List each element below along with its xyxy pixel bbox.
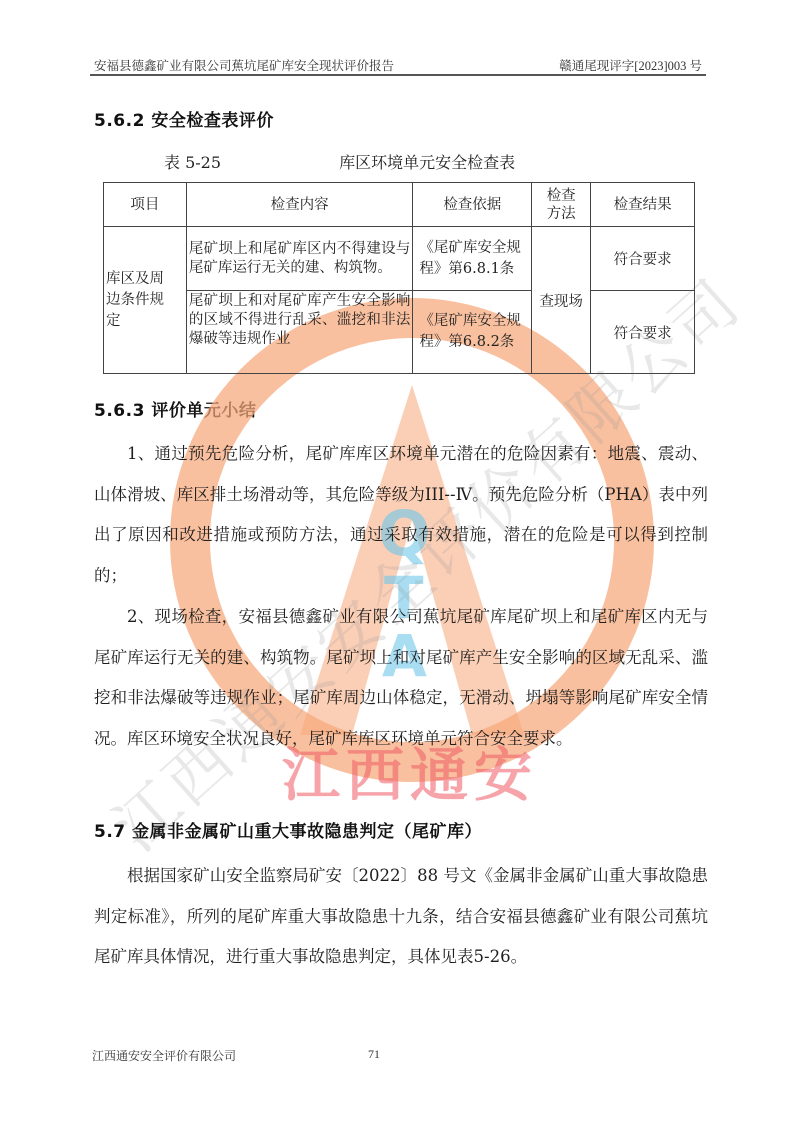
summary-paragraph-1: 1、通过预先危险分析，尾矿库库区环境单元潜在的危险因素有：地震、震动、山体滑坡、… xyxy=(94,434,708,596)
table-row: 尾矿坝上和对尾矿库产生安全影响的区域不得进行乱采、滥挖和非法爆破等违规作业 《尾… xyxy=(104,291,695,374)
page-footer: 江西通安安全评价有限公司 71 xyxy=(92,1047,708,1064)
column-header-content: 检查内容 xyxy=(186,183,413,227)
table-caption: 表 5-25 库区环境单元安全检查表 xyxy=(164,150,515,173)
result-cell: 符合要求 xyxy=(591,227,695,291)
column-header-method: 检查方法 xyxy=(532,183,591,227)
basis-cell: 《尾矿库安全规程》第6.8.2条 xyxy=(413,291,532,374)
table-caption-number: 表 5-25 xyxy=(164,150,334,173)
column-header-item: 项目 xyxy=(104,183,187,227)
section-heading-5-6-2: 5.6.2 安全检查表评价 xyxy=(94,106,274,131)
table-row: 库区及周边条件规定 尾矿坝上和尾矿库区内不得建设与尾矿库运行无关的建、构筑物。 … xyxy=(104,227,695,291)
content-cell: 尾矿坝上和对尾矿库产生安全影响的区域不得进行乱采、滥挖和非法爆破等违规作业 xyxy=(186,291,413,374)
report-number: 赣通尾现评字[2023]003 号 xyxy=(559,56,702,74)
basis-cell: 《尾矿库安全规程》第6.8.1条 xyxy=(413,227,532,291)
column-header-method-label: 检查方法 xyxy=(547,188,576,222)
footer-company: 江西通安安全评价有限公司 xyxy=(92,1049,236,1063)
result-cell: 符合要求 xyxy=(591,291,695,374)
section-heading-5-6-3: 5.6.3 评价单元小结 xyxy=(94,396,256,421)
section-heading-5-7: 5.7 金属非金属矿山重大事故隐患判定（尾矿库） xyxy=(94,817,482,842)
method-cell: 查现场 xyxy=(532,227,591,374)
table-caption-title: 库区环境单元安全检查表 xyxy=(339,153,515,172)
page-header: 安福县德鑫矿业有限公司蕉坑尾矿库安全现状评价报告 赣通尾现评字[2023]003… xyxy=(90,54,706,76)
summary-paragraph-2: 2、现场检查，安福县德鑫矿业有限公司蕉坑尾矿库尾矿坝上和尾矿库区内无与尾矿库运行… xyxy=(94,597,708,759)
content-cell: 尾矿坝上和尾矿库区内不得建设与尾矿库运行无关的建、构筑物。 xyxy=(186,227,413,291)
column-header-result: 检查结果 xyxy=(591,183,695,227)
hazard-determination-paragraph: 根据国家矿山安全监察局矿安〔2022〕88 号文《金属非金属矿山重大事故隐患判定… xyxy=(94,856,708,978)
report-title: 安福县德鑫矿业有限公司蕉坑尾矿库安全现状评价报告 xyxy=(94,56,394,74)
table-header-row: 项目 检查内容 检查依据 检查方法 检查结果 xyxy=(104,183,695,227)
column-header-basis: 检查依据 xyxy=(413,183,532,227)
item-cell: 库区及周边条件规定 xyxy=(104,227,187,374)
safety-checklist-table: 项目 检查内容 检查依据 检查方法 检查结果 库区及周边条件规定 尾矿坝上和尾矿… xyxy=(103,182,695,374)
page-number: 71 xyxy=(368,1047,380,1062)
